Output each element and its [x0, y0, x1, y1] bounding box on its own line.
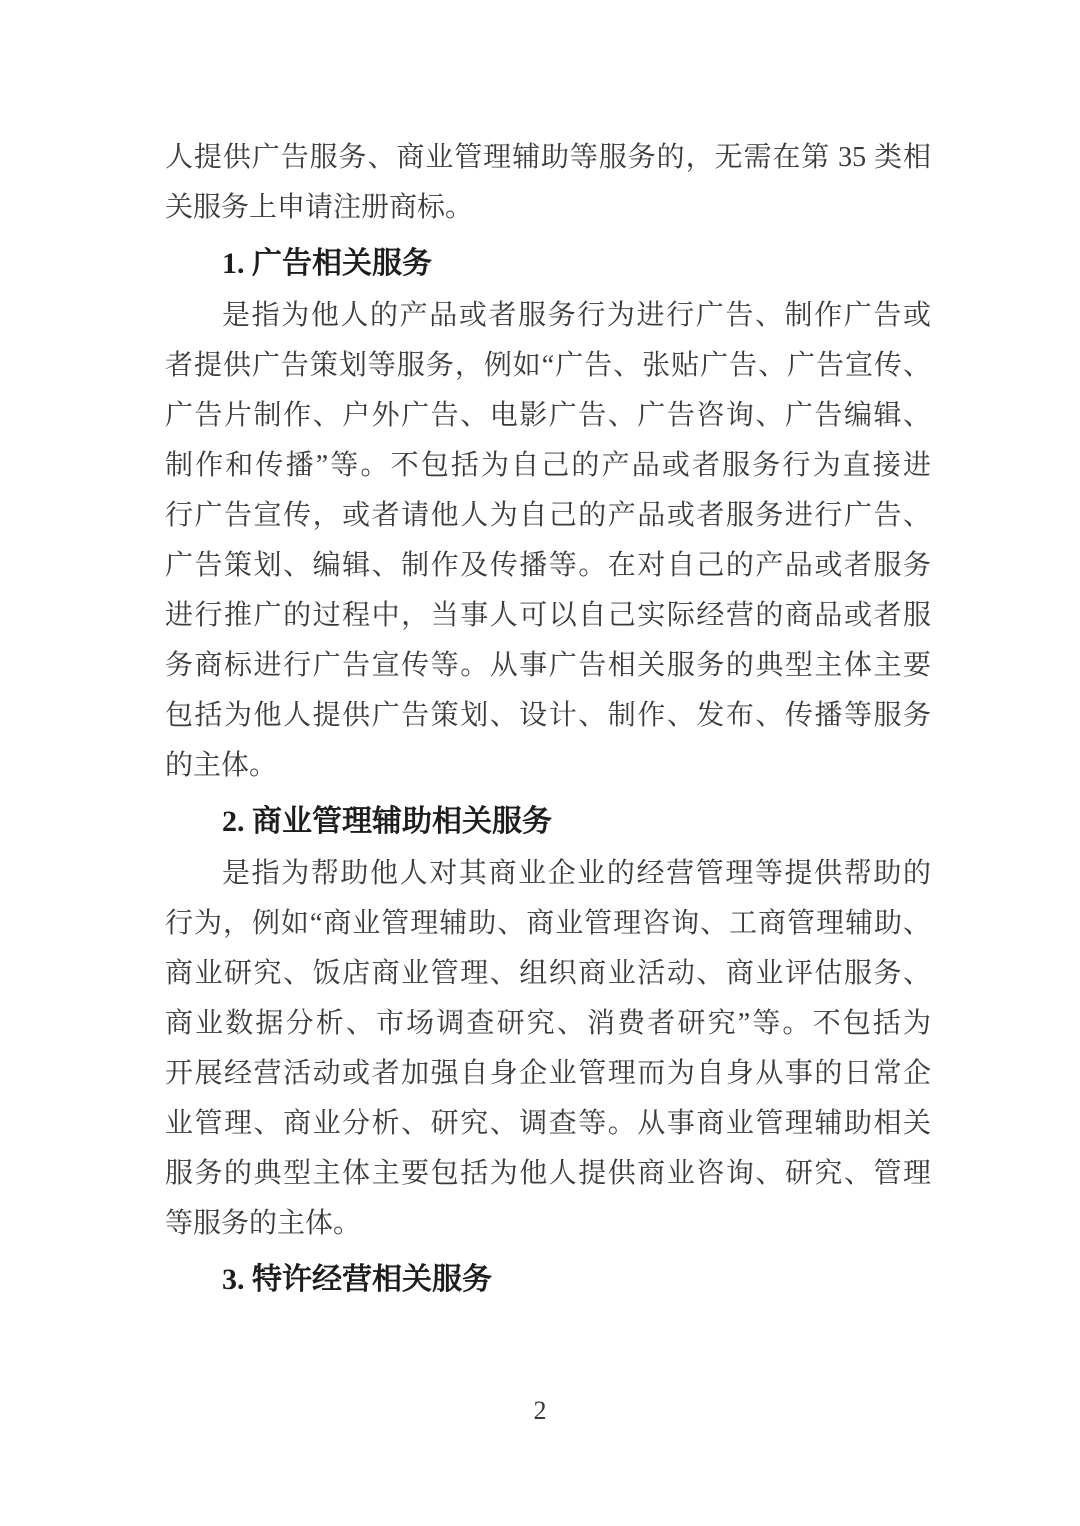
document-page: 人提供广告服务、商业管理辅助等服务的，无需在第 35 类相关服务上申请注册商标。…: [0, 0, 1080, 1526]
text-line: 关服务上申请注册商标。: [165, 183, 931, 233]
section-heading: 1. 广告相关服务: [165, 239, 931, 289]
text-line: 是指为他人的产品或者服务行为进行广告、制作广告或: [165, 291, 931, 341]
text-line: 行为，例如“商业管理辅助、商业管理咨询、工商管理辅助、: [165, 899, 931, 949]
text-line: 等服务的主体。: [165, 1199, 931, 1249]
text-line: 业管理、商业分析、研究、调查等。从事商业管理辅助相关: [165, 1099, 931, 1149]
text-line: 开展经营活动或者加强自身企业管理而为自身从事的日常企: [165, 1049, 931, 1099]
text-line: 商业数据分析、市场调查研究、消费者研究”等。不包括为: [165, 999, 931, 1049]
text-line: 包括为他人提供广告策划、设计、制作、发布、传播等服务: [165, 691, 931, 741]
text-line: 者提供广告策划等服务，例如“广告、张贴广告、广告宣传、: [165, 341, 931, 391]
text-line: 行广告宣传，或者请他人为自己的产品或者服务进行广告、: [165, 491, 931, 541]
text-line: 进行推广的过程中，当事人可以自己实际经营的商品或者服: [165, 591, 931, 641]
section-heading: 2. 商业管理辅助相关服务: [165, 797, 931, 847]
section-heading: 3. 特许经营相关服务: [165, 1255, 931, 1305]
text-line: 务商标进行广告宣传等。从事广告相关服务的典型主体主要: [165, 641, 931, 691]
text-line: 制作和传播”等。不包括为自己的产品或者服务行为直接进: [165, 441, 931, 491]
text-line: 广告策划、编辑、制作及传播等。在对自己的产品或者服务: [165, 541, 931, 591]
text-line: 的主体。: [165, 741, 931, 791]
text-line: 是指为帮助他人对其商业企业的经营管理等提供帮助的: [165, 849, 931, 899]
text-line: 商业研究、饭店商业管理、组织商业活动、商业评估服务、: [165, 949, 931, 999]
document-body: 人提供广告服务、商业管理辅助等服务的，无需在第 35 类相关服务上申请注册商标。…: [165, 133, 931, 1307]
page-number: 2: [0, 1396, 1080, 1426]
text-line: 服务的典型主体主要包括为他人提供商业咨询、研究、管理: [165, 1149, 931, 1199]
text-line: 人提供广告服务、商业管理辅助等服务的，无需在第 35 类相: [165, 133, 931, 183]
text-line: 广告片制作、户外广告、电影广告、广告咨询、广告编辑、: [165, 391, 931, 441]
